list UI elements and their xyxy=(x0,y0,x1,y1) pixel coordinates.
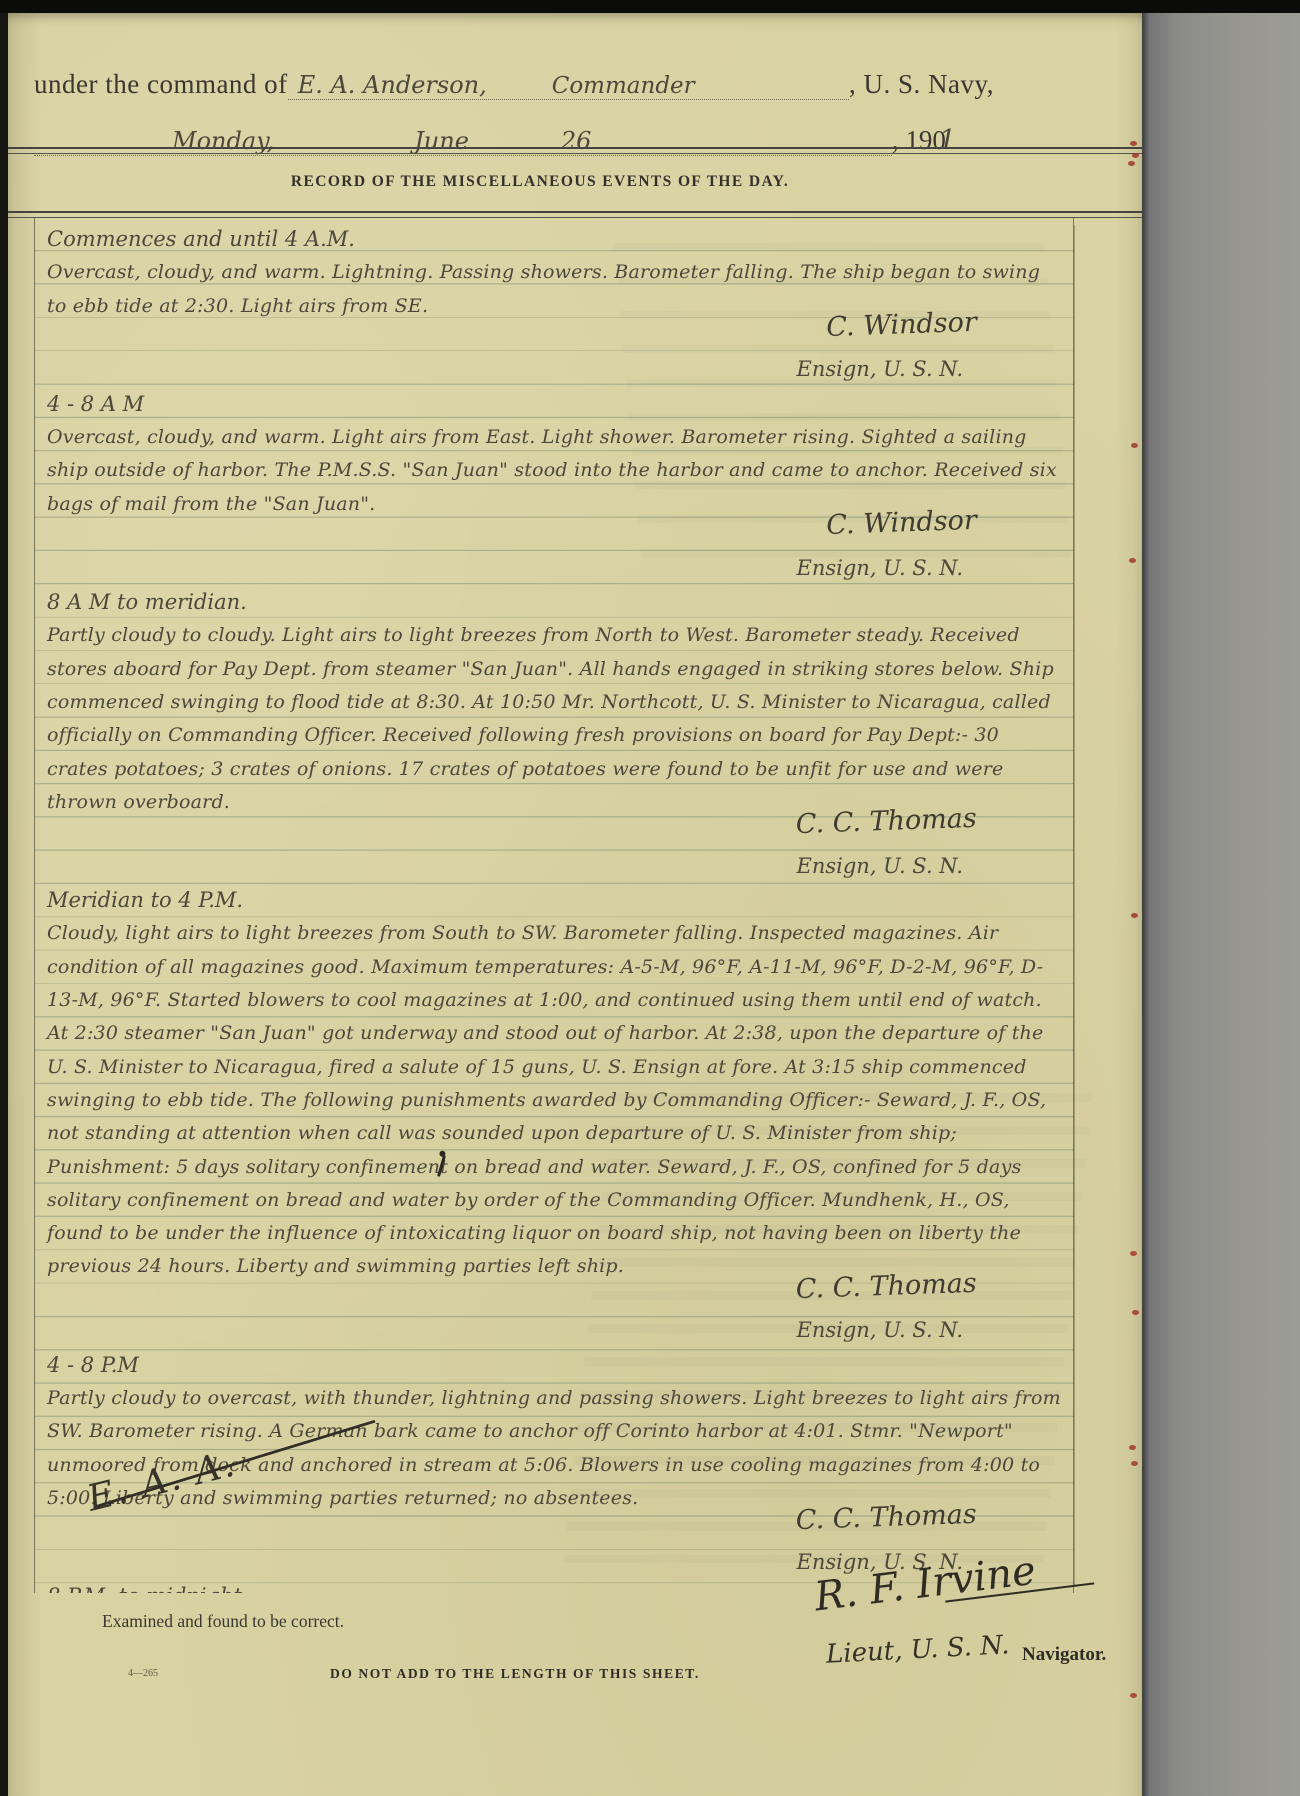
double-rule-top xyxy=(8,147,1142,154)
do-not-add-warning: DO NOT ADD TO THE LENGTH OF THIS SHEET. xyxy=(330,1666,700,1682)
log-entry-afternoon-watch: Meridian to 4 P.M. Cloudy, light airs to… xyxy=(47,884,1065,1346)
scanner-background-right xyxy=(1142,13,1300,1796)
entry-text: Cloudy, light airs to light breezes from… xyxy=(47,917,1065,1283)
entry-heading: 8 A M to meridian. xyxy=(47,586,1065,619)
scanner-background-top xyxy=(0,0,1300,13)
navigator-title-label: Navigator. xyxy=(1022,1644,1106,1666)
log-entry-midwatch: Commences and until 4 A.M. Overcast, clo… xyxy=(47,223,1065,385)
log-entry-morning-watch: 4 - 8 A M Overcast, cloudy, and warm. Li… xyxy=(47,388,1065,583)
log-entry-forenoon-watch: 8 A M to meridian. Partly cloudy to clou… xyxy=(47,586,1065,881)
entry-heading: Meridian to 4 P.M. xyxy=(47,884,1065,917)
signature-block: C. C. Thomas Ensign, U. S. N. xyxy=(47,1285,1065,1346)
command-fill-line: E. A. Anderson, Commander xyxy=(288,71,849,100)
signature-block: C. Windsor Ensign, U. S. N. xyxy=(47,522,1065,583)
navigator-rank-handwriting: Lieut, U. S. N. xyxy=(825,1630,1010,1670)
form-number: 4—265 xyxy=(128,1668,158,1679)
double-rule-below-title xyxy=(8,211,1142,218)
entry-heading: 4 - 8 P.M xyxy=(47,1349,1065,1382)
log-page: under the command of E. A. Anderson, Com… xyxy=(8,13,1142,1796)
command-line: under the command of E. A. Anderson, Com… xyxy=(34,69,994,100)
commander-name-handwriting: E. A. Anderson, xyxy=(298,71,487,99)
entry-heading: Commences and until 4 A.M. xyxy=(47,223,1065,256)
signature-block: C. C. Thomas Ensign, U. S. N. xyxy=(47,820,1065,881)
signature-block: C. Windsor Ensign, U. S. N. xyxy=(47,324,1065,385)
examined-statement: Examined and found to be correct. xyxy=(102,1611,344,1632)
commander-rank-handwriting: Commander xyxy=(552,73,695,99)
page-title: RECORD OF THE MISCELLANEOUS EVENTS OF TH… xyxy=(8,173,1072,191)
red-edge-marks xyxy=(1131,13,1139,23)
command-prefix-label: under the command of xyxy=(34,69,288,100)
log-entries-area: Commences and until 4 A.M. Overcast, clo… xyxy=(34,218,1074,1593)
navy-suffix-label: , U. S. Navy, xyxy=(849,69,994,100)
entry-heading: 4 - 8 A M xyxy=(47,388,1065,421)
entry-text: Partly cloudy to overcast, with thunder,… xyxy=(47,1382,1065,1515)
entry-text: Partly cloudy to cloudy. Light airs to l… xyxy=(47,619,1065,819)
